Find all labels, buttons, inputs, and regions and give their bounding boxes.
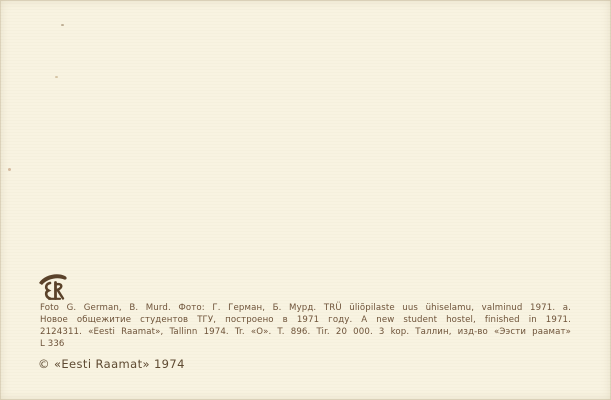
colophon-line-description: Новое общежитие студентов ТГУ, построено…	[40, 314, 571, 326]
colophon-line-catalog-number: L 336	[40, 338, 571, 350]
paper-speck	[61, 24, 64, 26]
colophon-line-print-info: 2124311. «Eesti Raamat», Tallinn 1974. T…	[40, 326, 571, 338]
paper-speck	[55, 76, 58, 78]
colophon-text-block: Foto G. German, B. Murd. Фото: Г. Герман…	[40, 302, 571, 350]
eesti-raamat-publisher-logo-icon	[37, 271, 69, 303]
copyright-line: © «Eesti Raamat» 1974	[38, 357, 185, 371]
postcard-back: Foto G. German, B. Murd. Фото: Г. Герман…	[0, 0, 611, 400]
colophon-line-credits: Foto G. German, B. Murd. Фото: Г. Герман…	[40, 302, 571, 314]
paper-speck	[8, 168, 11, 171]
